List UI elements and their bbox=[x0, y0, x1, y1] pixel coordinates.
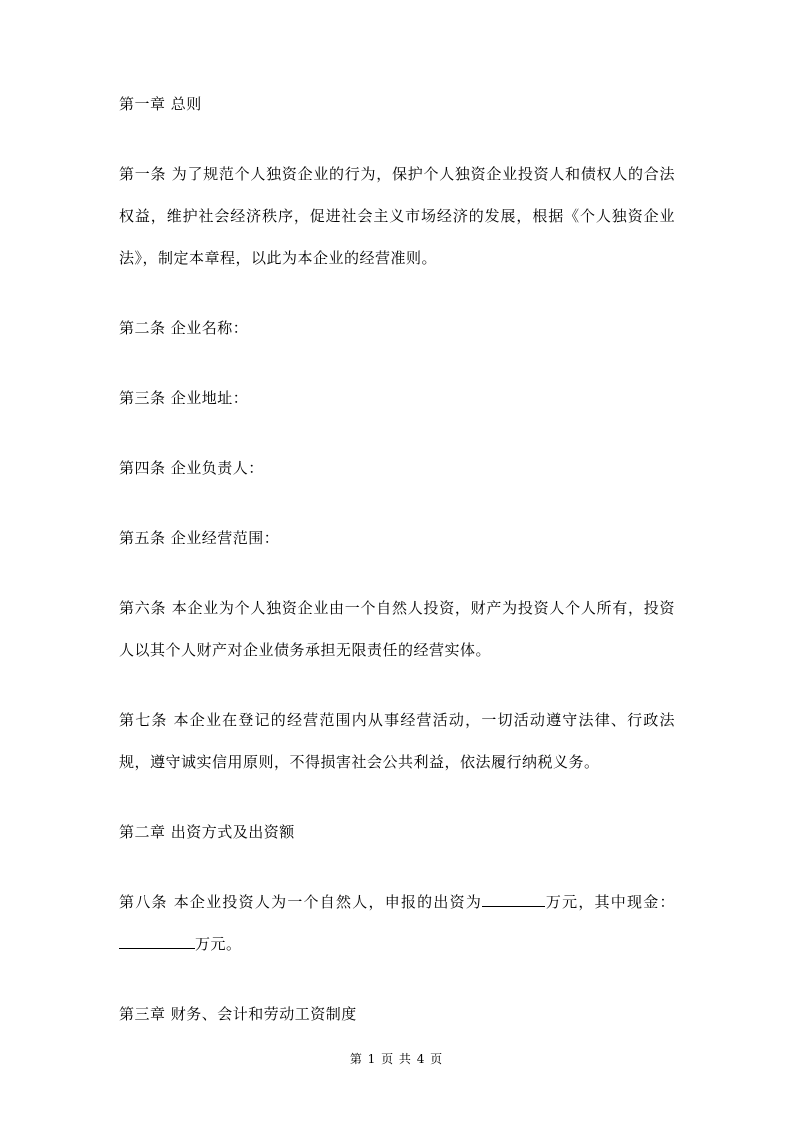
article-8: 第八条 本企业投资人为一个自然人，申报的出资为万元，其中现金：万元。 bbox=[119, 881, 675, 965]
cash-blank-underline bbox=[119, 934, 195, 949]
page-footer: 第 1 页 共 4 页 bbox=[0, 1050, 793, 1068]
article-2-enterprise-name: 第二条 企业名称： bbox=[119, 307, 675, 349]
chapter-1-heading: 第一章 总则 bbox=[119, 83, 675, 125]
amount-blank-underline bbox=[482, 892, 545, 907]
article-3-enterprise-address: 第三条 企业地址： bbox=[119, 377, 675, 419]
article-8-text-before-amount: 第八条 本企业投资人为一个自然人，申报的出资为 bbox=[119, 893, 482, 911]
article-1: 第一条 为了规范个人独资企业的行为，保护个人独资企业投资人和债权人的合法权益，维… bbox=[119, 153, 675, 279]
document-page: 第一章 总则 第一条 为了规范个人独资企业的行为，保护个人独资企业投资人和债权人… bbox=[0, 0, 793, 1122]
document-content: 第一章 总则 第一条 为了规范个人独资企业的行为，保护个人独资企业投资人和债权人… bbox=[119, 83, 675, 1063]
article-8-text-between-blanks: 万元，其中现金： bbox=[545, 893, 675, 911]
chapter-2-heading: 第二章 出资方式及出资额 bbox=[119, 811, 675, 853]
article-7: 第七条 本企业在登记的经营范围内从事经营活动，一切活动遵守法律、行政法规，遵守诚… bbox=[119, 699, 675, 783]
chapter-3-heading: 第三章 财务、会计和劳动工资制度 bbox=[119, 993, 675, 1035]
article-8-text-after-blanks: 万元。 bbox=[195, 935, 242, 953]
article-5-business-scope: 第五条 企业经营范围： bbox=[119, 517, 675, 559]
page-number-indicator: 第 1 页 共 4 页 bbox=[350, 1052, 443, 1066]
article-6: 第六条 本企业为个人独资企业由一个自然人投资，财产为投资人个人所有，投资人以其个… bbox=[119, 587, 675, 671]
article-4-enterprise-principal: 第四条 企业负责人： bbox=[119, 447, 675, 489]
